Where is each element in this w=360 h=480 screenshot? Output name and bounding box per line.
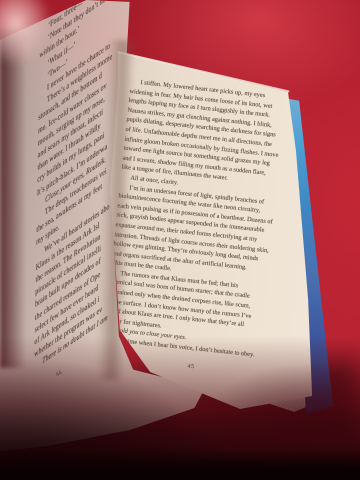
photo-open-book: ‘Four, three—’‘Note that they don’t need… [0, 0, 360, 480]
fabric-shadow-overlay [0, 0, 360, 480]
bottom-shadow [0, 448, 360, 480]
